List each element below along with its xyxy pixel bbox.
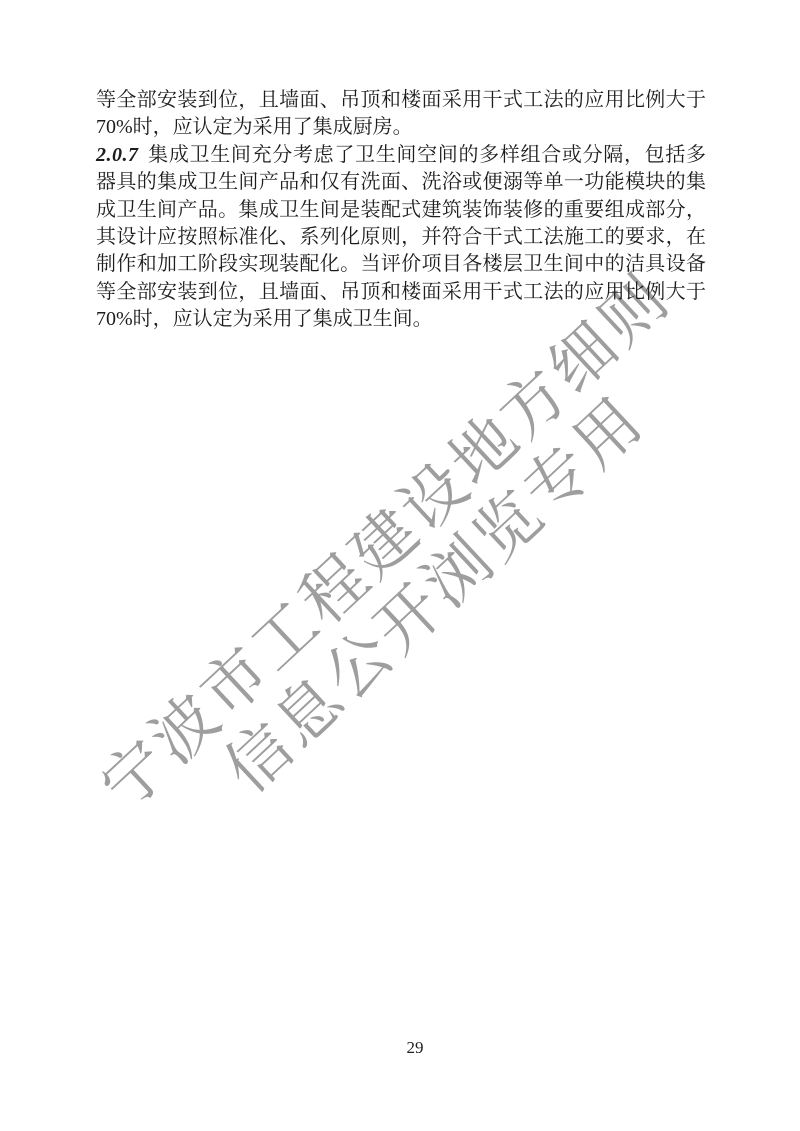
text-line: 成卫生间产品。集成卫生间是装配式建筑装饰装修的重要组成部分， xyxy=(96,197,706,224)
text-line: 器具的集成卫生间产品和仅有洗面、洗浴或便溺等单一功能模块的集 xyxy=(96,169,706,196)
text-line: 等全部安装到位，且墙面、吊顶和楼面采用干式工法的应用比例大于 xyxy=(96,87,706,114)
watermark: 宁波市工程建设地方细则 信息公开浏览专用 xyxy=(68,243,751,894)
watermark-line-2: 信息公开浏览专用 xyxy=(117,295,751,893)
page-number: 29 xyxy=(15,1038,800,1058)
document-page: 宁波市工程建设地方细则 信息公开浏览专用 等全部安装到位，且墙面、吊顶和楼面采用… xyxy=(0,0,800,1131)
clause-text: 集成卫生间充分考虑了卫生间空间的多样组合或分隔，包括多 xyxy=(148,144,707,166)
text-line: 制作和加工阶段实现装配化。当评价项目各楼层卫生间中的洁具设备 xyxy=(96,251,706,278)
body-text: 等全部安装到位，且墙面、吊顶和楼面采用干式工法的应用比例大于 70%时，应认定为… xyxy=(96,87,706,334)
text-line: 70%时，应认定为采用了集成厨房。 xyxy=(96,114,706,141)
text-line: 其设计应按照标准化、系列化原则，并符合干式工法施工的要求，在 xyxy=(96,224,706,251)
text-line: 70%时，应认定为采用了集成卫生间。 xyxy=(96,306,706,333)
text-line: 2.0.7集成卫生间充分考虑了卫生间空间的多样组合或分隔，包括多 xyxy=(96,142,706,169)
text-line: 等全部安装到位，且墙面、吊顶和楼面采用干式工法的应用比例大于 xyxy=(96,279,706,306)
clause-number: 2.0.7 xyxy=(96,144,148,166)
